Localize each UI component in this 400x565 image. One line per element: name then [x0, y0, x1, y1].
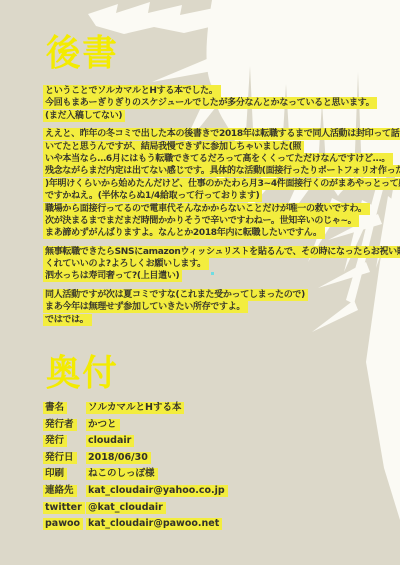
highlighted-text: 発行者: [43, 419, 77, 431]
highlighted-text: ソルカマルとHする本: [86, 402, 184, 414]
highlighted-text: 印刷: [43, 468, 67, 480]
page-content: 後書 ということでソルカマルとHする本でした。今回もまあーぎりぎりのスケジュール…: [0, 0, 400, 565]
paragraph: 無事転職できたらSNSにamazonウィッシュリストを貼るんで、その時になったら…: [43, 246, 397, 283]
highlighted-text: ねこのしっぽ様: [86, 468, 158, 480]
colophon-label: pawoo: [43, 518, 86, 530]
highlighted-text: twitter: [43, 502, 85, 514]
colophon-value: cloudair: [86, 435, 134, 447]
colophon-label: 連絡先: [43, 485, 86, 497]
highlighted-text: 次が決まるまでまだまだ時間かかりそうで辛いですわねー。世知辛いのじゃ~。: [43, 215, 359, 227]
highlighted-text: かつと: [86, 419, 120, 431]
colophon-row: 発行cloudair: [43, 435, 228, 447]
highlighted-text: 2018/06/30: [86, 452, 151, 464]
highlighted-text: ではでは。: [43, 314, 92, 326]
highlighted-text: 職場から面接行ってるので電車代そんなかからないことだけが唯一の救いですわ。: [43, 203, 370, 215]
highlighted-text: )年明けくらいから始めたんだけど、仕事のかたわら月3~4件面接行くのがまあやっと…: [43, 178, 400, 190]
text-line: ですかねえ。(半休ならぬ1/4給取って行っております): [43, 190, 397, 202]
highlighted-text: 発行日: [43, 452, 77, 464]
colophon-label: 印刷: [43, 468, 86, 480]
text-line: (まだ入稿してない): [43, 110, 397, 122]
text-line: 職場から面接行ってるので電車代そんなかからないことだけが唯一の救いですわ。: [43, 203, 397, 215]
colophon-value: かつと: [86, 419, 120, 431]
highlighted-text: ええと、昨年の冬コミで出した本の後書きで2018年は転職するまで同人活動は封印っ…: [43, 128, 400, 140]
text-line: くれていいのよ?よろしくお願いします。: [43, 258, 397, 270]
text-line: 同人活動ですが次は夏コミですな(これまた受かってしまったので): [43, 289, 397, 301]
afterword-body: ということでソルカマルとHする本でした。今回もまあーぎりぎりのスケジュールでした…: [43, 85, 397, 332]
text-line: ではでは。: [43, 314, 397, 326]
text-line: いや本当なら…6月にはもう転職できてるだろって高をくくってただけなんですけど…。: [43, 153, 397, 165]
colophon-row: twitter@kat_cloudair: [43, 502, 228, 514]
colophon-section-title: 奥付: [46, 355, 119, 391]
colophon-label: 発行日: [43, 452, 86, 464]
text-line: ということでソルカマルとHする本でした。: [43, 85, 397, 97]
highlighted-text: ということでソルカマルとHする本でした。: [43, 85, 221, 97]
highlighted-text: まあ諦めずがんばりますよ。なんとか2018年内に転職したいですん。: [43, 227, 325, 239]
highlighted-text: いてたと思うんですが、結局我慢できずに参加しちゃいました(照: [43, 141, 304, 153]
highlighted-text: 泗水っちは寿司奢って?(上目遣い): [43, 270, 182, 282]
highlighted-text: kat_cloudair@pawoo.net: [86, 518, 222, 530]
highlighted-text: (まだ入稿してない): [43, 110, 125, 122]
highlighted-text: @kat_cloudair: [86, 502, 166, 514]
text-line: 今回もまあーぎりぎりのスケジュールでしたが多分なんとかなっていると思います。: [43, 97, 397, 109]
colophon-row: 印刷ねこのしっぽ様: [43, 468, 228, 480]
colophon-row: 発行者かつと: [43, 419, 228, 431]
colophon-label: 書名: [43, 402, 86, 414]
paragraph: ええと、昨年の冬コミで出した本の後書きで2018年は転職するまで同人活動は封印っ…: [43, 128, 397, 240]
colophon-value: kat_cloudair@yahoo.co.jp: [86, 485, 228, 497]
text-line: まあ今年は無理せず参加していきたい所存ですよ。: [43, 301, 397, 313]
text-line: ええと、昨年の冬コミで出した本の後書きで2018年は転職するまで同人活動は封印っ…: [43, 128, 397, 140]
colophon-row: pawookat_cloudair@pawoo.net: [43, 518, 228, 530]
highlighted-text: kat_cloudair@yahoo.co.jp: [86, 485, 228, 497]
highlighted-text: いや本当なら…6月にはもう転職できてるだろって高をくくってただけなんですけど…。: [43, 153, 393, 165]
text-line: まあ諦めずがんばりますよ。なんとか2018年内に転職したいですん。: [43, 227, 397, 239]
text-line: 泗水っちは寿司奢って?(上目遣い): [43, 270, 397, 282]
paragraph: 同人活動ですが次は夏コミですな(これまた受かってしまったので)まあ今年は無理せず…: [43, 289, 397, 326]
highlighted-text: 無事転職できたらSNSにamazonウィッシュリストを貼るんで、その時になったら…: [43, 246, 400, 258]
colophon-value: @kat_cloudair: [86, 502, 166, 514]
colophon-label: twitter: [43, 502, 86, 514]
afterword-section-title: 後書: [46, 35, 119, 71]
colophon-row: 書名ソルカマルとHする本: [43, 402, 228, 414]
highlighted-text: pawoo: [43, 518, 83, 530]
highlighted-text: 残念ながらまだ内定は出てない感じです。具体的な活動(面接行ったりポートフォリオ作…: [43, 165, 400, 177]
highlighted-text: 今回もまあーぎりぎりのスケジュールでしたが多分なんとかなっていると思います。: [43, 97, 377, 109]
colophon-table: 書名ソルカマルとHする本発行者かつと発行cloudair発行日2018/06/3…: [43, 402, 228, 535]
text-line: 次が決まるまでまだまだ時間かかりそうで辛いですわねー。世知辛いのじゃ~。: [43, 215, 397, 227]
cyan-speck: [211, 272, 214, 275]
colophon-value: ソルカマルとHする本: [86, 402, 184, 414]
highlighted-text: くれていいのよ?よろしくお願いします。: [43, 258, 209, 270]
colophon-value: ねこのしっぽ様: [86, 468, 158, 480]
text-line: いてたと思うんですが、結局我慢できずに参加しちゃいました(照: [43, 141, 397, 153]
paragraph: ということでソルカマルとHする本でした。今回もまあーぎりぎりのスケジュールでした…: [43, 85, 397, 122]
colophon-row: 発行日2018/06/30: [43, 452, 228, 464]
highlighted-text: 発行: [43, 435, 67, 447]
text-line: )年明けくらいから始めたんだけど、仕事のかたわら月3~4件面接行くのがまあやっと…: [43, 178, 397, 190]
highlighted-text: 書名: [43, 402, 67, 414]
highlighted-text: 同人活動ですが次は夏コミですな(これまた受かってしまったので): [43, 289, 308, 301]
colophon-value: 2018/06/30: [86, 452, 151, 464]
highlighted-text: cloudair: [86, 435, 134, 447]
colophon-value: kat_cloudair@pawoo.net: [86, 518, 222, 530]
text-line: 残念ながらまだ内定は出てない感じです。具体的な活動(面接行ったりポートフォリオ作…: [43, 165, 397, 177]
highlighted-text: ですかねえ。(半休ならぬ1/4給取って行っております): [43, 190, 262, 202]
colophon-label: 発行者: [43, 419, 86, 431]
highlighted-text: まあ今年は無理せず参加していきたい所存ですよ。: [43, 301, 248, 313]
highlighted-text: 連絡先: [43, 485, 77, 497]
colophon-row: 連絡先kat_cloudair@yahoo.co.jp: [43, 485, 228, 497]
colophon-label: 発行: [43, 435, 86, 447]
doujin-afterword-page: 後書 ということでソルカマルとHする本でした。今回もまあーぎりぎりのスケジュール…: [0, 0, 400, 565]
text-line: 無事転職できたらSNSにamazonウィッシュリストを貼るんで、その時になったら…: [43, 246, 397, 258]
